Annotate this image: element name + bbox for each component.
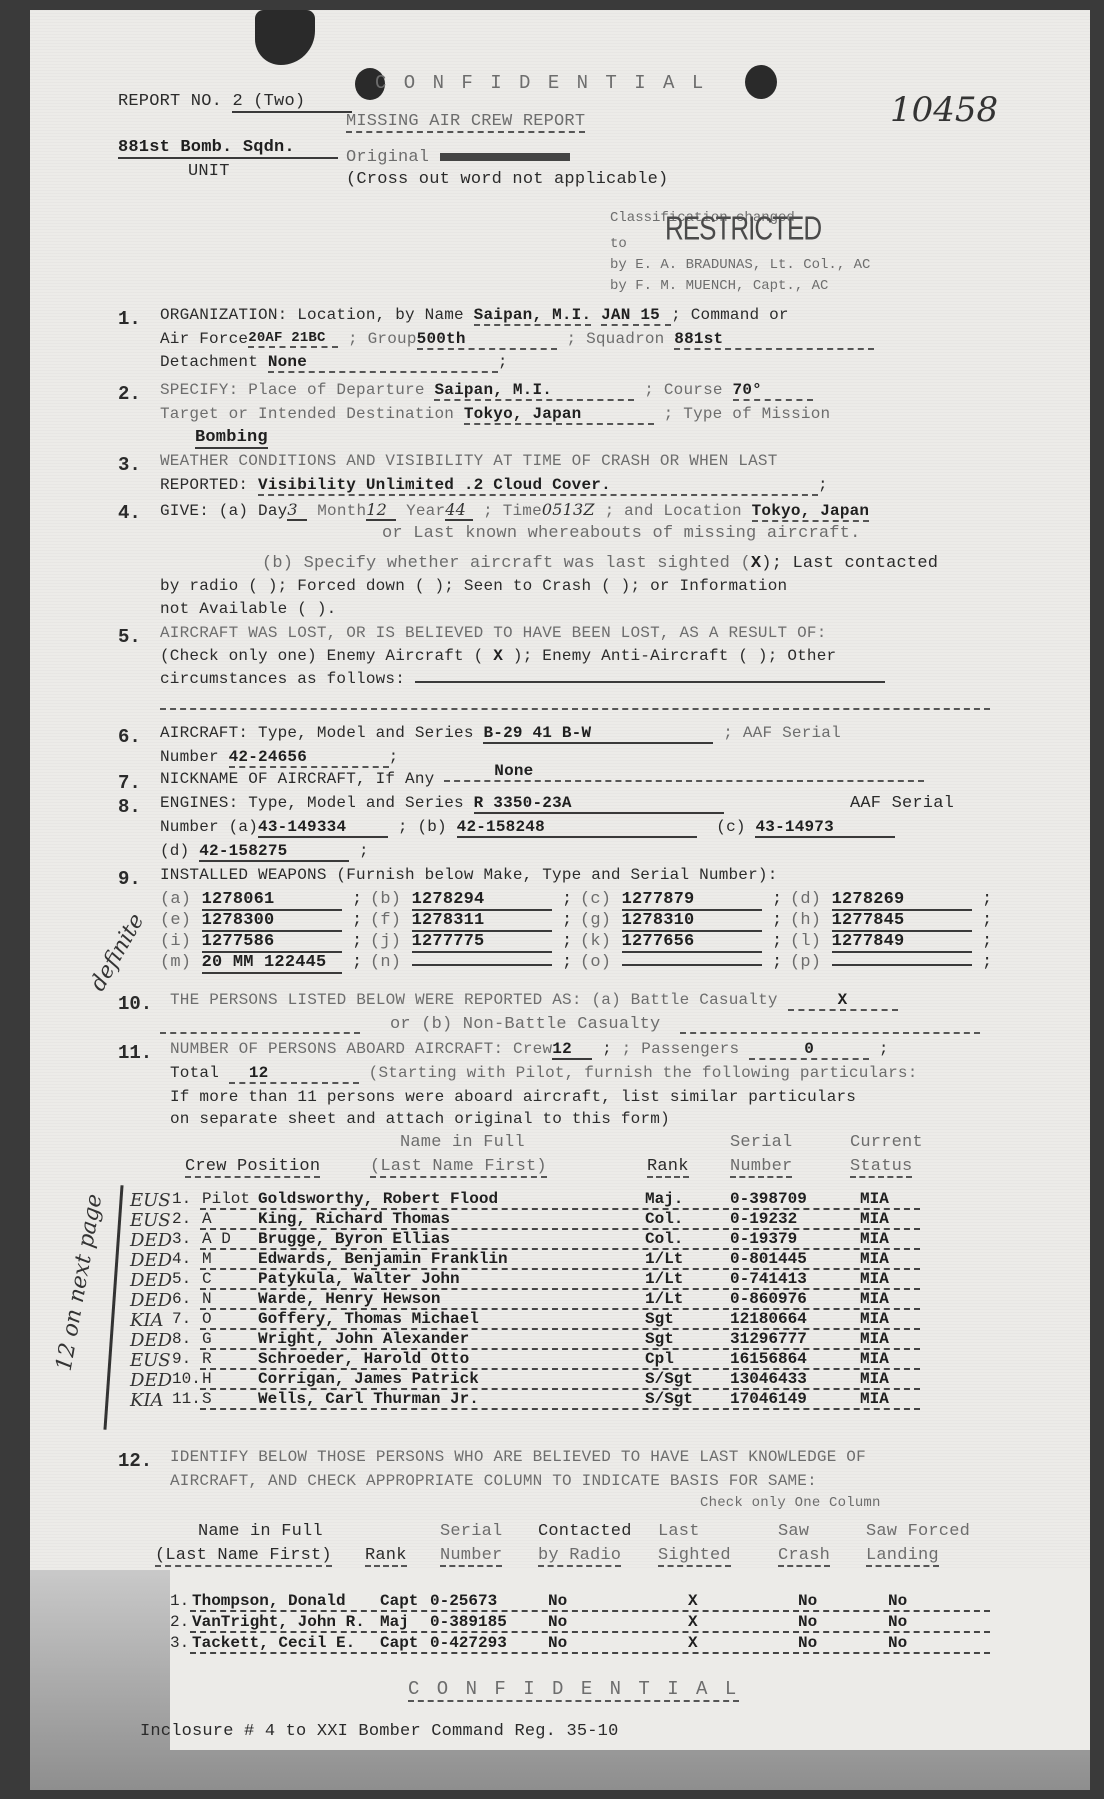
s11-passengers-label: ; Passengers — [622, 1040, 740, 1058]
crew-status: MIA — [860, 1370, 889, 1388]
unit-label: UNIT — [188, 162, 230, 181]
blank-line — [160, 1032, 360, 1034]
crew-name: Wells, Carl Thurman Jr. — [258, 1390, 479, 1408]
weapon-serial — [412, 964, 552, 966]
weapon-key: (p) — [790, 953, 821, 972]
s1-command-label: ; Command or — [671, 306, 789, 324]
s1-detachment: None — [268, 353, 498, 373]
weapon-entry: (l) 1277849 ; — [790, 932, 992, 953]
witness-serial: 0-25673 — [430, 1592, 497, 1610]
s8-engine-a-key: (a) — [229, 818, 258, 836]
crew-status: MIA — [860, 1190, 889, 1208]
s2-course-label: ; Course — [644, 381, 722, 399]
weapon-entry: (n) ; — [370, 953, 572, 972]
unit-text: 881st Bomb. Sqdn. — [118, 138, 338, 159]
margin-bracket-line — [103, 1185, 123, 1430]
s8-engine-type: R 3350-23A — [474, 794, 724, 814]
witness-forced: No — [888, 1613, 907, 1631]
crew-name: Goldsworthy, Robert Flood — [258, 1190, 498, 1208]
s4-b-line3: not Available ( ). — [160, 600, 336, 618]
w-col-name-1: Name in Full — [198, 1522, 323, 1541]
s11-total-label: Total — [170, 1064, 219, 1082]
crew-name: Schroeder, Harold Otto — [258, 1350, 469, 1368]
crew-name: Corrigan, James Patrick — [258, 1370, 479, 1388]
s4-location-label: ; and Location — [605, 502, 742, 520]
col-name-2: (Last Name First) — [370, 1157, 547, 1178]
declass-line2: to — [610, 236, 627, 252]
s5-line2: (Check only one) Enemy Aircraft ( X ); E… — [160, 647, 836, 665]
s2-target: Tokyo, Japan — [464, 405, 654, 425]
report-number: REPORT NO. 2 (Two) — [118, 92, 352, 113]
handwritten-status-mark: KIA — [130, 1310, 164, 1331]
s4-time: 0513Z — [542, 500, 595, 519]
s6-line2: Number 42-24656; — [160, 748, 398, 768]
weapon-key: (n) — [370, 953, 401, 972]
weapon-key: (e) — [160, 911, 191, 930]
w-col-sighted-2: Sighted — [658, 1546, 731, 1567]
section-3-number: 3. — [118, 454, 141, 476]
declass-by-2: by F. M. MUENCH, Capt., AC — [610, 278, 828, 294]
witness-crash: No — [798, 1634, 817, 1652]
s2-mission-label: ; Type of Mission — [664, 405, 831, 423]
witness-number: 1. — [170, 1592, 189, 1610]
s11-line3: If more than 11 persons were aboard airc… — [170, 1088, 856, 1106]
handwritten-status-mark: DED — [130, 1250, 172, 1271]
w-col-crash-1: Saw — [778, 1522, 809, 1541]
weapon-entry: (e) 1278300 ; — [160, 911, 362, 932]
crew-position: S — [202, 1390, 212, 1408]
col-name-1: Name in Full — [400, 1133, 525, 1152]
crew-rank: S/Sgt — [645, 1390, 693, 1408]
s10-battle-casualty-mark: X — [788, 991, 898, 1011]
handwritten-status-mark: KIA — [130, 1390, 164, 1411]
crew-name: Warde, Henry Hewson — [258, 1290, 440, 1308]
crew-position: H — [202, 1370, 212, 1388]
weapon-entry: (f) 1278311 ; — [370, 911, 572, 932]
s8-engine-b-key: (b) — [417, 818, 446, 836]
weapon-entry: (j) 1277775 ; — [370, 932, 572, 953]
s9-label: INSTALLED WEAPONS (Furnish below Make, T… — [160, 866, 778, 884]
s2-departure: Saipan, M.I. — [434, 381, 634, 401]
handwritten-status-mark: DED — [130, 1290, 172, 1311]
witness-name: Thompson, Donald — [192, 1592, 346, 1610]
declass-by-1: by E. A. BRADUNAS, Lt. Col., AC — [610, 257, 870, 273]
s3-weather-value: Visibility Unlimited .2 Cloud Cover. — [258, 476, 818, 496]
crew-rank: Col. — [645, 1210, 683, 1228]
weapon-key: (d) — [790, 890, 821, 909]
s5-line3: circumstances as follows: — [160, 670, 885, 688]
s6-aircraft-serial: 42-24656 — [229, 748, 389, 768]
w-col-contacted-2: by Radio — [538, 1546, 621, 1567]
s8-engine-a: 43-149334 — [258, 818, 388, 838]
col-status-1: Current — [850, 1133, 923, 1152]
weapon-serial: 1278061 — [202, 890, 342, 911]
s4-b-line2: by radio ( ); Forced down ( ); Seen to C… — [160, 577, 787, 595]
w-col-rank-text: Rank — [365, 1546, 407, 1567]
s11-total: 12 — [229, 1064, 359, 1084]
crew-status: MIA — [860, 1390, 889, 1408]
handwritten-status-mark: DED — [130, 1370, 172, 1391]
weapon-entry: (p) ; — [790, 953, 992, 972]
s4-year: 44 — [445, 500, 473, 521]
section-8-number: 8. — [118, 796, 141, 818]
witness-forced: No — [888, 1592, 907, 1610]
s4-b-end: ); Last contacted — [761, 554, 938, 573]
s10-line2: or (b) Non-Battle Casualty — [390, 1015, 660, 1034]
crew-number: 7. — [172, 1310, 191, 1328]
crew-status: MIA — [860, 1350, 889, 1368]
s4-b-line1: (b) Specify whether aircraft was last si… — [262, 554, 938, 573]
crew-name: Wright, John Alexander — [258, 1330, 469, 1348]
s11-instructions: (Starting with Pilot, furnish the follow… — [369, 1064, 918, 1082]
struck-out-word — [440, 153, 570, 161]
crew-rank: 1/Lt — [645, 1250, 683, 1268]
weapon-serial: 1277879 — [622, 890, 762, 911]
section-10-number: 10. — [118, 993, 152, 1015]
crew-serial: 0-19379 — [730, 1230, 797, 1248]
witness-sighted: X — [688, 1592, 698, 1610]
weapon-serial: 1277775 — [412, 932, 552, 953]
crew-name: Goffery, Thomas Michael — [258, 1310, 479, 1328]
w-col-contacted-2-text: by Radio — [538, 1546, 621, 1567]
crew-status: MIA — [860, 1250, 889, 1268]
handwritten-file-number: 10458 — [890, 90, 998, 130]
s1-detachment-label: Detachment — [160, 353, 258, 371]
s8-engine-c-key: (c) — [716, 818, 745, 836]
witness-contacted: No — [548, 1634, 567, 1652]
weapon-entry: (a) 1278061 ; — [160, 890, 362, 911]
s8-engine-b: 42-158248 — [457, 818, 697, 838]
weapon-key: (i) — [160, 932, 191, 951]
weapon-entry: (o) ; — [580, 953, 782, 972]
weapon-key: (h) — [790, 911, 821, 930]
s2-line1: SPECIFY: Place of Departure Saipan, M.I.… — [160, 381, 813, 401]
crew-serial: 13046433 — [730, 1370, 807, 1388]
crew-position: O — [202, 1310, 212, 1328]
crew-serial: 17046149 — [730, 1390, 807, 1408]
s10-label: THE PERSONS LISTED BELOW WERE REPORTED A… — [170, 991, 778, 1009]
crew-number: 5. — [172, 1270, 191, 1288]
w-col-forced-2: Landing — [866, 1546, 939, 1567]
crew-serial: 31296777 — [730, 1330, 807, 1348]
s2-target-label: Target or Intended Destination — [160, 405, 454, 423]
w-col-name-2: (Last Name First) — [155, 1546, 332, 1567]
weapon-serial: 1277849 — [832, 932, 972, 953]
crew-number: 2. — [172, 1210, 191, 1228]
col-rank: Rank — [647, 1157, 689, 1178]
weapon-serial: 1278294 — [412, 890, 552, 911]
s1-group: 500th — [417, 330, 557, 350]
witness-forced: No — [888, 1634, 907, 1652]
crew-rank: 1/Lt — [645, 1270, 683, 1288]
s8-line1: ENGINES: Type, Model and Series R 3350-2… — [160, 794, 724, 814]
s11-label: NUMBER OF PERSONS ABOARD AIRCRAFT: Crew — [170, 1040, 552, 1058]
s11-crew: 12 — [552, 1040, 592, 1060]
w-col-serial-2: Number — [440, 1546, 502, 1567]
crew-position: N — [202, 1290, 212, 1308]
s7-nickname: None — [444, 762, 924, 782]
classification-top: C O N F I D E N T I A L — [375, 72, 706, 94]
form-title-text: MISSING AIR CREW REPORT — [346, 112, 585, 133]
s4-location: Tokyo, Japan — [752, 502, 870, 522]
crew-status: MIA — [860, 1270, 889, 1288]
crew-number: 6. — [172, 1290, 191, 1308]
crew-name: Patykula, Walter John — [258, 1270, 460, 1288]
witness-rank: Capt — [380, 1634, 418, 1652]
weapon-serial: 1278311 — [412, 911, 552, 932]
crew-position: M — [202, 1250, 212, 1268]
col-position-text: Crew Position — [185, 1157, 320, 1178]
blank-line — [680, 1032, 980, 1034]
crew-position: G — [202, 1330, 212, 1348]
crew-rank: 1/Lt — [645, 1290, 683, 1308]
crew-serial: 12180664 — [730, 1310, 807, 1328]
crew-rank: Maj. — [645, 1190, 683, 1208]
w-col-serial-1: Serial — [440, 1522, 502, 1541]
s2-mission: Bombing — [195, 428, 268, 449]
s2-course: 70° — [733, 381, 813, 401]
witness-crash: No — [798, 1592, 817, 1610]
witness-serial: 0-427293 — [430, 1634, 507, 1652]
s8-label: ENGINES: Type, Model and Series — [160, 794, 464, 812]
section-5-number: 5. — [118, 626, 141, 648]
col-position: Crew Position — [185, 1157, 320, 1178]
crew-number: 10. — [172, 1370, 201, 1388]
crew-position: R — [202, 1350, 212, 1368]
crew-serial: 0-19232 — [730, 1210, 797, 1228]
handwritten-status-mark: DED — [130, 1230, 172, 1251]
s12-label: IDENTIFY BELOW THOSE PERSONS WHO ARE BEL… — [170, 1448, 866, 1466]
crew-status: MIA — [860, 1210, 889, 1228]
s8-engine-d-key: (d) — [160, 842, 189, 860]
s8-engine-c: 43-14973 — [755, 818, 895, 838]
weapon-entry: (g) 1278310 ; — [580, 911, 782, 932]
s1-location: Saipan, M.I. — [474, 306, 592, 326]
s5-enemy-aircraft-mark: X — [493, 647, 503, 665]
weapon-entry: (h) 1277845 ; — [790, 911, 992, 932]
crew-rank: Sgt — [645, 1330, 674, 1348]
section-12-number: 12. — [118, 1450, 152, 1472]
s11-line2: Total 12 (Starting with Pilot, furnish t… — [170, 1064, 918, 1084]
report-no-value: 2 (Two) — [232, 92, 352, 113]
blank-line — [415, 681, 885, 683]
inclosure-note: Inclosure # 4 to XXI Bomber Command Reg.… — [140, 1722, 618, 1741]
witness-serial: 0-389185 — [430, 1613, 507, 1631]
s1-label: ORGANIZATION: Location, by Name — [160, 306, 464, 324]
weapon-serial: 1277845 — [832, 911, 972, 932]
crew-serial: 0-860976 — [730, 1290, 807, 1308]
s1-line2: Air Force20AF 21BC ; Group500th ; Squadr… — [160, 330, 874, 350]
handwritten-status-mark: DED — [130, 1330, 172, 1351]
w-col-crash-2-text: Crash — [778, 1546, 830, 1567]
witness-rank: Capt — [380, 1592, 418, 1610]
s3-label: WEATHER CONDITIONS AND VISIBILITY AT TIM… — [160, 452, 778, 470]
w-col-crash-2: Crash — [778, 1546, 830, 1567]
crew-rank: S/Sgt — [645, 1370, 693, 1388]
s4-month-label: Month — [317, 502, 366, 520]
witness-contacted: No — [548, 1613, 567, 1631]
weapon-serial: 1277586 — [202, 932, 342, 953]
w-col-serial-2-text: Number — [440, 1546, 502, 1567]
s1-line1: ORGANIZATION: Location, by Name Saipan, … — [160, 306, 789, 326]
weapon-serial: 1278310 — [622, 911, 762, 932]
handwritten-status-mark: EUS — [130, 1350, 171, 1371]
crew-rank: Cpl — [645, 1350, 674, 1368]
original-label: Original — [346, 148, 429, 167]
s4-line1: GIVE: (a) Day3 Month12 Year44 ; Time0513… — [160, 500, 869, 522]
weapon-key: (o) — [580, 953, 611, 972]
w-col-sighted-2-text: Sighted — [658, 1546, 731, 1567]
crew-status: MIA — [860, 1330, 889, 1348]
report-label: REPORT NO. — [118, 92, 222, 111]
s6-label: AIRCRAFT: Type, Model and Series — [160, 724, 474, 742]
crew-number: 11. — [172, 1390, 201, 1408]
s2-mission-text: Bombing — [195, 428, 268, 449]
weapon-entry: (b) 1278294 ; — [370, 890, 572, 911]
restricted-stamp: RESTRICTED — [665, 208, 821, 248]
w-col-sighted-1: Last — [658, 1522, 700, 1541]
s8-serial-label: AAF Serial — [850, 794, 954, 813]
crew-serial: 0-741413 — [730, 1270, 807, 1288]
s4-label: GIVE: (a) Day — [160, 502, 287, 520]
document-page: REPORT NO. 2 (Two) 881st Bomb. Sqdn. UNI… — [30, 10, 1090, 1790]
col-serial-2-text: Number — [730, 1157, 792, 1178]
crew-name: Brugge, Byron Ellias — [258, 1230, 450, 1248]
weapon-entry: (i) 1277586 ; — [160, 932, 362, 953]
s2-line2: Target or Intended Destination Tokyo, Ja… — [160, 405, 830, 425]
witness-contacted: No — [548, 1592, 567, 1610]
section-6-number: 6. — [118, 726, 141, 748]
col-name-2-text: (Last Name First) — [370, 1157, 547, 1178]
classification-bottom-text: C O N F I D E N T I A L — [408, 1678, 739, 1702]
weapon-key: (b) — [370, 890, 401, 909]
crew-rank: Sgt — [645, 1310, 674, 1328]
witness-number: 2. — [170, 1613, 189, 1631]
handwritten-status-mark: EUS — [130, 1190, 171, 1211]
s1-squadron-label: ; Squadron — [566, 330, 664, 348]
crew-position: Pilot — [202, 1190, 250, 1208]
ink-blot — [255, 10, 315, 65]
s4-month: 12 — [366, 500, 396, 521]
witness-rank: Maj — [380, 1613, 409, 1631]
witness-name: Tackett, Cecil E. — [192, 1634, 355, 1652]
classification-bottom: C O N F I D E N T I A L — [408, 1678, 739, 1702]
weapon-entry: (m) 20 MM 122445 ; — [160, 953, 362, 974]
weapon-key: (g) — [580, 911, 611, 930]
form-title: MISSING AIR CREW REPORT — [346, 112, 585, 133]
crew-number: 9. — [172, 1350, 191, 1368]
s1-group-label: ; Group — [348, 330, 417, 348]
s6-aircraft-type: B-29 41 B-W — [483, 724, 713, 744]
s4-time-label: ; Time — [483, 502, 542, 520]
s4-b-label: (b) Specify whether aircraft was last si… — [262, 554, 751, 573]
s5-label: AIRCRAFT WAS LOST, OR IS BELIEVED TO HAV… — [160, 624, 827, 642]
s1-squadron: 881st — [674, 330, 874, 350]
s6-number-label: Number — [160, 748, 219, 766]
crew-status: MIA — [860, 1230, 889, 1248]
col-rank-text: Rank — [647, 1157, 689, 1178]
crew-number: 1. — [172, 1190, 191, 1208]
s4-year-label: Year — [406, 502, 445, 520]
weapon-key: (l) — [790, 932, 821, 951]
w-col-name-2-text: (Last Name First) — [155, 1546, 332, 1567]
handwritten-status-mark: EUS — [130, 1210, 171, 1231]
section-1-number: 1. — [118, 308, 141, 330]
section-2-number: 2. — [118, 383, 141, 405]
weapon-key: (j) — [370, 932, 401, 951]
witness-number: 3. — [170, 1634, 189, 1652]
crew-position: A D — [202, 1230, 231, 1248]
witness-crash: No — [798, 1613, 817, 1631]
s5-line2a: (Check only one) Enemy Aircraft ( — [160, 647, 483, 665]
weapon-serial: 20 MM 122445 — [202, 953, 342, 974]
s7-line: NICKNAME OF AIRCRAFT, If Any None — [160, 770, 924, 790]
weapon-serial — [832, 964, 972, 966]
handwritten-status-mark: DED — [130, 1270, 172, 1291]
col-status-2: Status — [850, 1157, 912, 1178]
original-line: Original — [346, 148, 570, 167]
col-serial-2: Number — [730, 1157, 792, 1178]
crew-status: MIA — [860, 1290, 889, 1308]
weapon-key: (f) — [370, 911, 401, 930]
weapon-serial — [622, 964, 762, 966]
weapon-serial: 1278300 — [202, 911, 342, 932]
punch-hole — [745, 65, 777, 99]
col-status-2-text: Status — [850, 1157, 912, 1178]
s8-line3: (d) 42-158275 ; — [160, 842, 369, 862]
section-11-number: 11. — [118, 1042, 152, 1064]
s1-line3: Detachment None; — [160, 353, 508, 373]
weapon-entry: (d) 1278269 ; — [790, 890, 992, 911]
unit-value: 881st Bomb. Sqdn. — [118, 138, 338, 159]
crew-serial: 16156864 — [730, 1350, 807, 1368]
section-7-number: 7. — [118, 772, 141, 794]
crew-position: A — [202, 1210, 212, 1228]
crew-serial: 0-801445 — [730, 1250, 807, 1268]
col-serial-1: Serial — [730, 1133, 792, 1152]
s1-air-force-label: Air Force — [160, 330, 248, 348]
s1-air-force: 20AF 21BC — [248, 330, 338, 348]
s5-line3-text: circumstances as follows: — [160, 670, 405, 688]
s10-line1: THE PERSONS LISTED BELOW WERE REPORTED A… — [170, 991, 898, 1011]
crew-name: Edwards, Benjamin Franklin — [258, 1250, 508, 1268]
crew-number: 8. — [172, 1330, 191, 1348]
witness-name: VanTright, John R. — [192, 1613, 365, 1631]
s8-line2: Number (a)43-149334 ; (b) 42-158248 (c) … — [160, 818, 895, 838]
weapon-entry: (c) 1277879 ; — [580, 890, 782, 911]
crew-serial: 0-398709 — [730, 1190, 807, 1208]
s2-label: SPECIFY: Place of Departure — [160, 381, 425, 399]
s4-line2: or Last known whereabouts of missing air… — [382, 524, 860, 543]
s8-number-label: Number — [160, 818, 219, 836]
blank-line — [160, 708, 990, 710]
s6-serial-label: ; AAF Serial — [723, 724, 841, 742]
weapon-key: (c) — [580, 890, 611, 909]
w-col-contacted-1: Contacted — [538, 1522, 632, 1541]
margin-note-next-page: 12 on next page — [52, 1192, 108, 1373]
s7-label: NICKNAME OF AIRCRAFT, If Any — [160, 770, 434, 788]
weapon-serial: 1278269 — [832, 890, 972, 911]
s11-passengers: 0 — [749, 1040, 869, 1060]
crew-number: 4. — [172, 1250, 191, 1268]
weapon-entry: (k) 1277656 ; — [580, 932, 782, 953]
w-col-rank: Rank — [365, 1546, 407, 1567]
s6-line1: AIRCRAFT: Type, Model and Series B-29 41… — [160, 724, 841, 744]
section-9-number: 9. — [118, 868, 141, 890]
crew-rank: Col. — [645, 1230, 683, 1248]
section-4-number: 4. — [118, 502, 141, 524]
s12-check-note: Check only One Column — [700, 1495, 881, 1511]
